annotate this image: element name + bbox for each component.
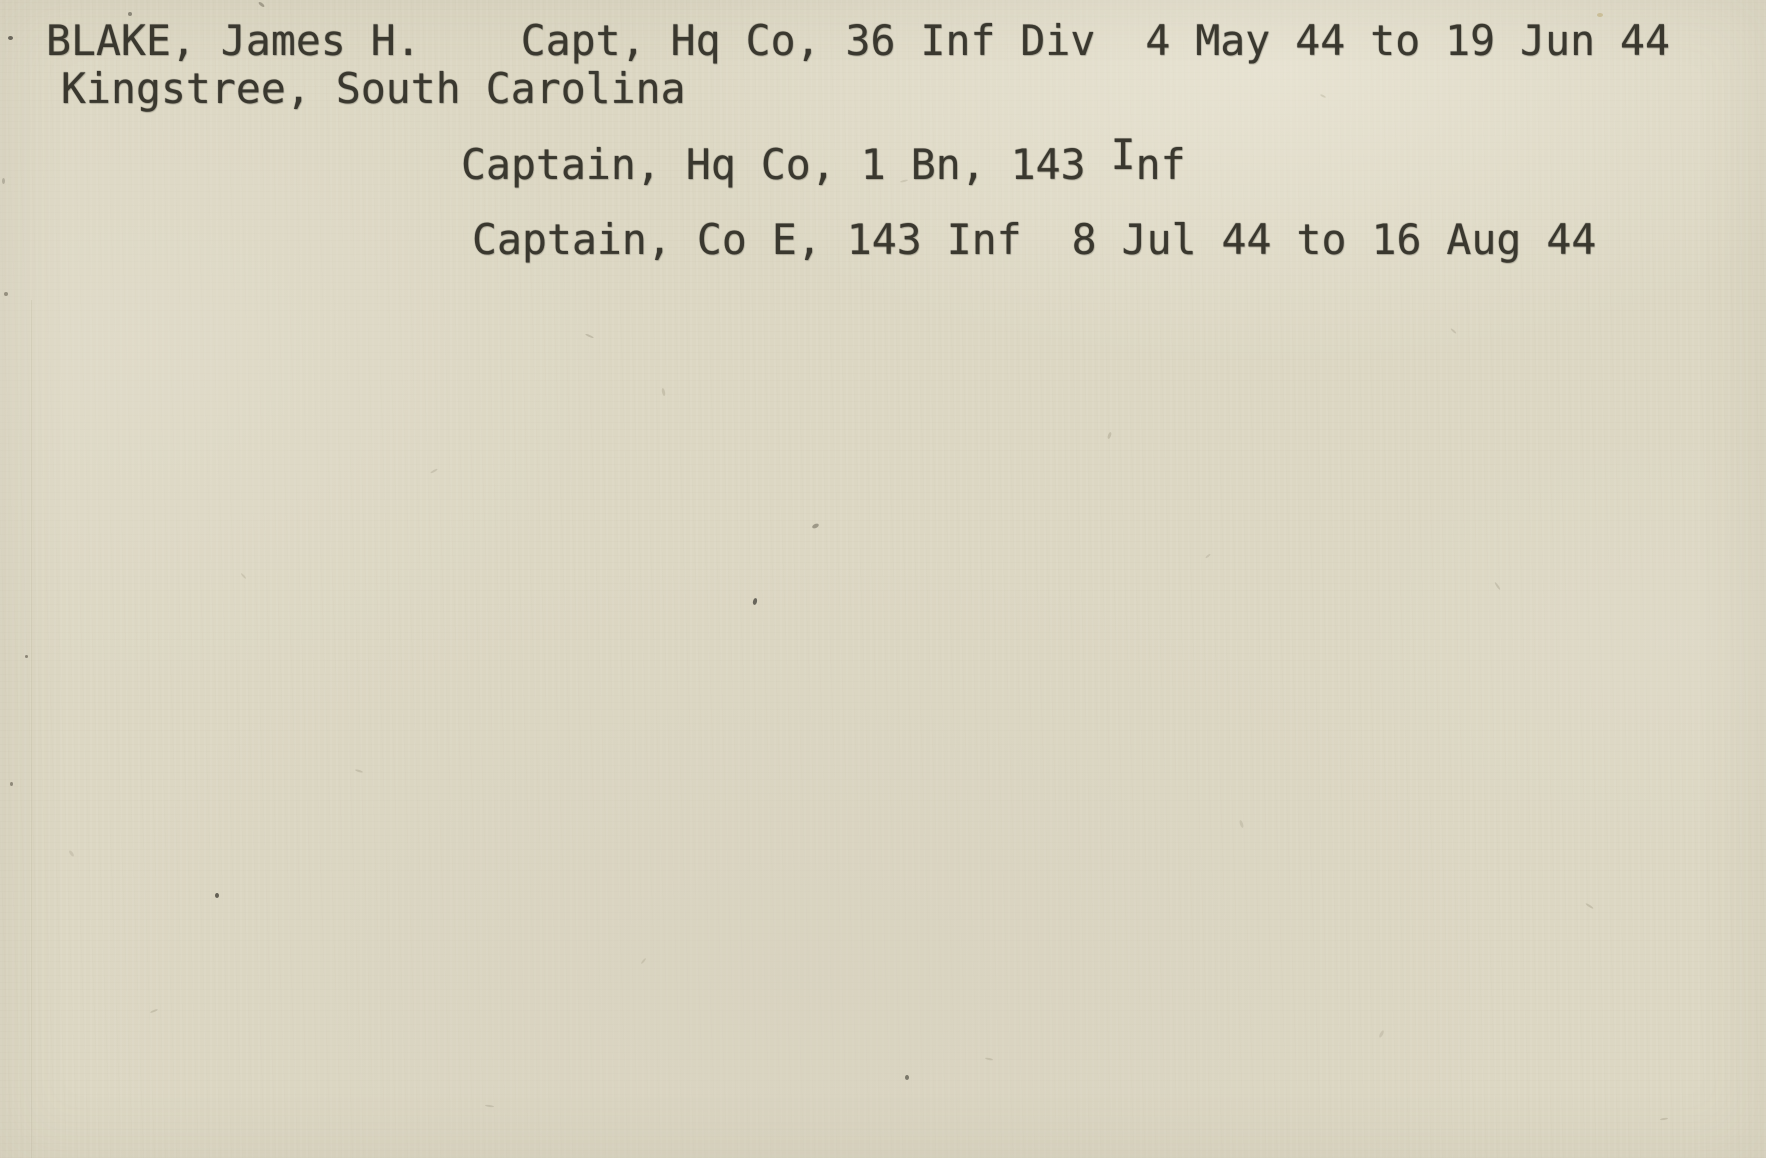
card-line-assignment-1: Captain, Hq Co, 1 Bn, 143 Inf <box>461 144 1186 186</box>
paper-fiber <box>585 333 594 338</box>
paper-speck <box>811 523 819 530</box>
paper-fiber <box>150 1009 158 1014</box>
paper-fiber <box>1494 582 1501 591</box>
paper-crease <box>31 300 32 1158</box>
paper-fiber <box>1107 432 1112 440</box>
paper-fiber <box>1660 1117 1668 1120</box>
paper-fiber <box>1585 903 1594 910</box>
card-line-name-rank-unit-dates: BLAKE, James H. Capt, Hq Co, 36 Inf Div … <box>46 20 1670 62</box>
paper-fiber <box>68 850 74 857</box>
paper-speck <box>258 1 265 8</box>
index-card: BLAKE, James H. Capt, Hq Co, 36 Inf Div … <box>0 0 1766 1158</box>
paper-fiber <box>355 769 363 773</box>
paper-speck <box>10 782 13 786</box>
paper-fiber <box>661 388 666 396</box>
assignment-1-text: Captain, Hq Co, 1 Bn, 143 <box>461 140 1111 189</box>
assignment-1-raised-letter: I <box>1111 130 1136 179</box>
paper-fiber <box>985 1057 993 1061</box>
paper-speck <box>215 893 219 898</box>
paper-fiber <box>1239 820 1244 829</box>
paper-speck <box>8 36 13 40</box>
paper-fiber <box>485 1104 494 1107</box>
card-line-assignment-2: Captain, Co E, 143 Inf 8 Jul 44 to 16 Au… <box>472 219 1596 261</box>
paper-speck <box>752 598 758 606</box>
card-line-hometown: Kingstree, South Carolina <box>61 68 686 110</box>
paper-fiber <box>1320 94 1326 98</box>
paper-fiber <box>1378 1030 1384 1038</box>
paper-fiber <box>1205 553 1211 558</box>
paper-speck <box>25 655 28 658</box>
paper-speck <box>2 178 5 184</box>
paper-fiber <box>1450 328 1457 334</box>
assignment-1-text-end: nf <box>1136 140 1186 189</box>
paper-speck <box>4 292 8 296</box>
paper-fiber <box>240 573 246 580</box>
paper-speck <box>905 1075 909 1080</box>
paper-fiber <box>430 468 438 474</box>
paper-fiber <box>640 958 646 965</box>
